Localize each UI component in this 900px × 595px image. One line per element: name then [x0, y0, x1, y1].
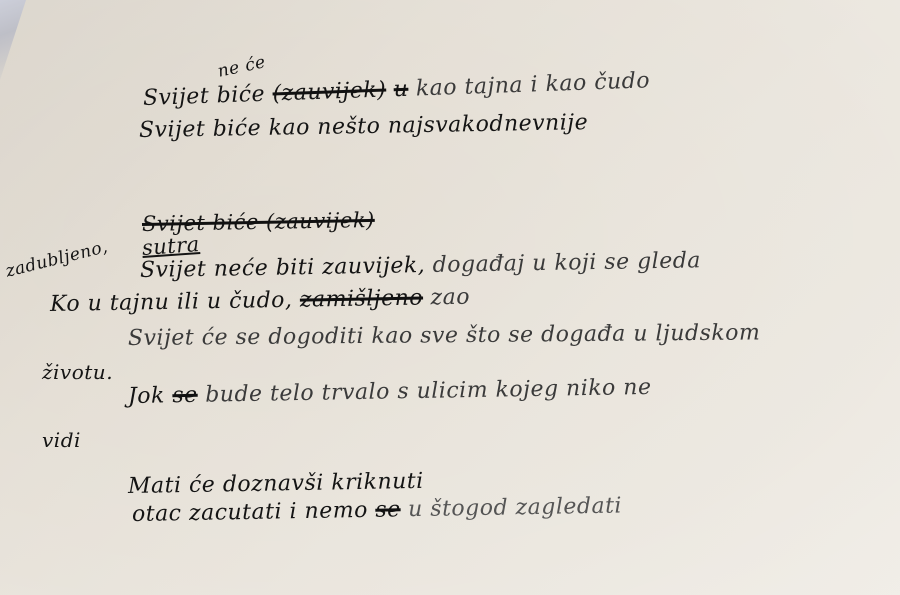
text-segment: događaj u koji se gleda — [432, 248, 701, 278]
text-segment: Jok — [128, 383, 165, 409]
text-segment: zao — [430, 285, 470, 311]
struck-text-segment: (zauvijek) — [272, 78, 386, 107]
text-segment: Svijet neće biti zauvijek, — [140, 253, 426, 283]
text-segment: Svijet biće — [143, 82, 266, 111]
struck-text-segment: zamišljeno — [300, 285, 424, 312]
insertion-word: sutra — [141, 232, 200, 260]
struck-line: Svijet biće (zauvijek) — [142, 208, 375, 236]
struck-text-segment: se — [172, 383, 198, 408]
text-segment: Ko u tajnu ili u čudo, — [50, 288, 293, 317]
margin-word: vidi — [42, 428, 81, 452]
text-segment: otac zacutati i nemo — [132, 498, 368, 527]
margin-word: životu. — [42, 360, 113, 384]
manuscript-line: Mati će doznavši kriknuti — [128, 469, 424, 499]
text-segment: Mati će doznavši kriknuti — [128, 469, 424, 499]
text-segment: u štogod zagledati — [408, 493, 622, 522]
struck-text-segment: u — [393, 77, 409, 102]
struck-text-segment: se — [375, 497, 401, 522]
